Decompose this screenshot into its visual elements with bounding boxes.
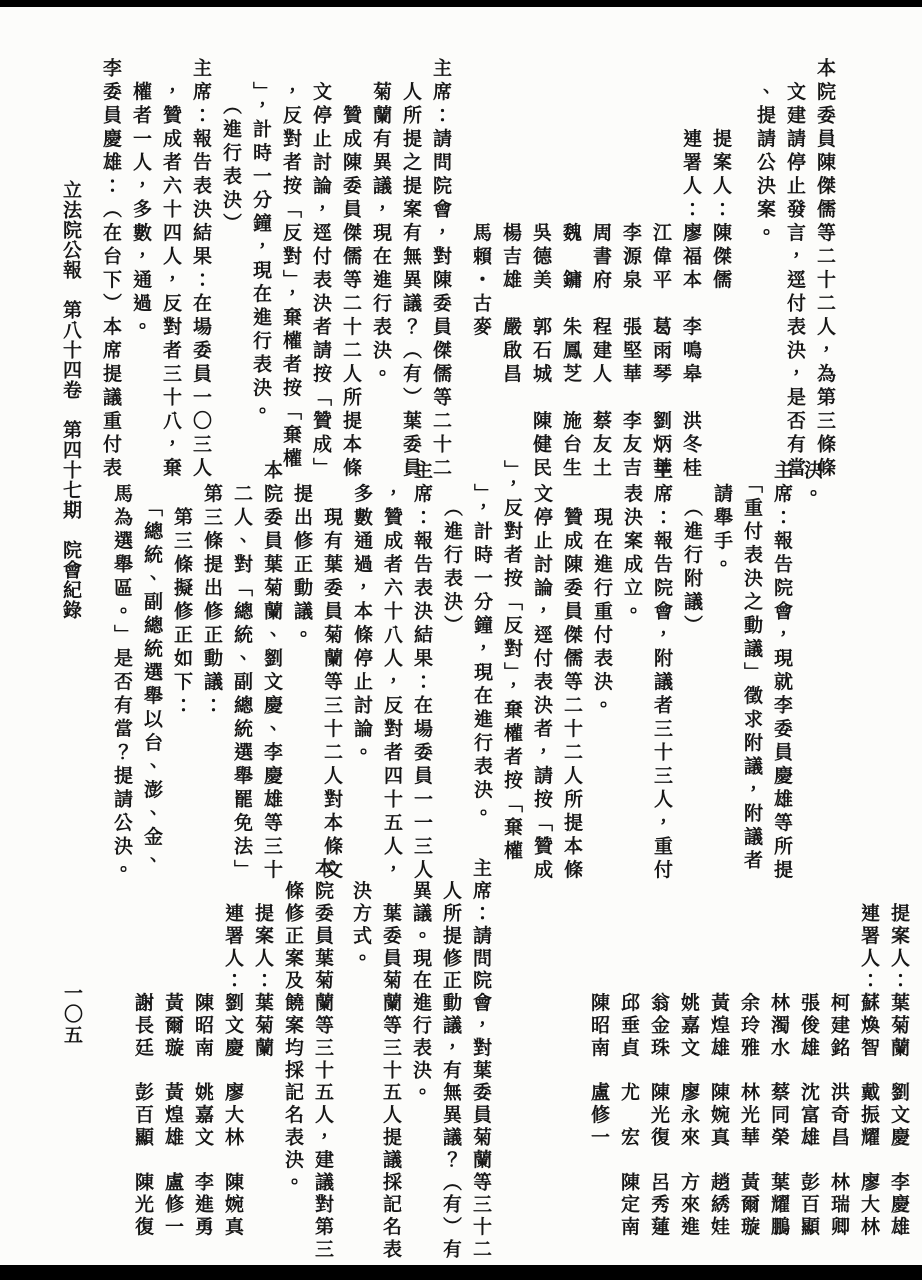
text-column: 翁金珠 陳光復 呂秀蓮	[644, 858, 674, 1266]
text-column: 「總統、副總統選舉以台、澎、金、	[137, 460, 167, 888]
text-column: 決。	[797, 460, 827, 888]
text-column: 」，計時一分鐘，現在進行表決。	[246, 58, 276, 486]
text-column: 本院委員陳傑儒等二十二人，為第三條條	[810, 58, 840, 486]
text-column: （進行附議）	[677, 460, 707, 888]
text-column: 第三條提出修正動議：	[197, 460, 227, 888]
text-column: 連署人：劉文慶 廖大林 陳婉真	[218, 858, 248, 1266]
text-column: 李委員慶雄：（在台下）本席提議重付表	[96, 58, 126, 486]
text-column: 現在進行重付表決。	[587, 460, 617, 888]
text-column: 魏 鏞 朱鳳芝 施台生	[556, 58, 586, 486]
text-column: 權者一人，多數，通過。	[126, 58, 156, 486]
text-column: 吳德美 郭石城 陳健民	[526, 58, 556, 486]
text-column: 柯建銘 洪奇昌 林瑞卿	[824, 858, 854, 1266]
text-column: ，贊成者六十八人，反對者四十五人，	[377, 460, 407, 888]
text-column: 主席：請問院會，對葉委員菊蘭等三十二	[466, 858, 496, 1266]
text-column: 連署人：廖福本 李鳴皋 洪冬桂	[676, 58, 706, 486]
text-column: 文建請停止發言，逕付表決，是否有當	[780, 58, 810, 486]
text-column: 江偉平 葛雨琴 劉炳華	[646, 58, 676, 486]
text-column: 文停止討論，逕付表決者，請按「贊成	[527, 460, 557, 888]
text-column: ，贊成者六十四人，反對者三十八，棄	[156, 58, 186, 486]
text-column: 姚嘉文 廖永來 方來進	[674, 858, 704, 1266]
text-band-lower: 提案人：葉菊蘭 劉文慶 李慶雄 連署人：蘇煥智 戴振耀 廖大林 柯建銘 洪奇昌 …	[95, 858, 914, 1266]
text-column: （進行表決）	[437, 460, 467, 888]
text-column: 「重付表決之動議」徵求附議，附議者	[737, 460, 767, 888]
text-column: 楊吉雄 嚴啟昌	[496, 58, 526, 486]
text-column: 主席：報告院會，附議者三十三人，重付	[647, 460, 677, 888]
masthead-journal-title: 立法院公報 第八十四卷 第四十七期 院會紀錄	[58, 180, 85, 650]
text-column: 提案人：葉菊蘭 劉文慶 李慶雄	[884, 858, 914, 1266]
text-column: （進行表決）	[216, 58, 246, 486]
text-column: 二人、對「總統、副總統選舉罷免法」	[227, 460, 257, 888]
text-column: 陳昭南 盧修一	[584, 858, 614, 1266]
text-column: 決方式。	[346, 858, 376, 1266]
text-column: 贊成陳委員傑儒等二十二人所提本條	[336, 58, 366, 486]
page-number: 一〇五	[59, 983, 86, 1073]
text-column: 主席：報告表決結果：在場委員一一三人	[407, 460, 437, 888]
text-column: 黃爾璇 黃煌雄 盧修一	[158, 858, 188, 1266]
text-column: 主席：報告院會，現就李委員慶雄等所提	[767, 460, 797, 888]
text-column: 主席：報告表決結果：在場委員一〇三人	[186, 58, 216, 486]
text-column: 提案人：葉菊蘭	[248, 858, 278, 1266]
gazette-page: 立法院公報 第八十四卷 第四十七期 院會紀錄 一〇五 本院委員陳傑儒等二十二人，…	[0, 0, 922, 1280]
text-column: 條修正案及饒案均採記名表決。	[278, 858, 308, 1266]
text-column: 本院委員葉菊蘭等三十五人，建議對第三	[308, 858, 338, 1266]
text-column: 陳昭南 姚嘉文 李進勇	[188, 858, 218, 1266]
text-column: 現有葉委員菊蘭等三十二人對本條文	[317, 460, 347, 888]
text-band-upper: 本院委員陳傑儒等二十二人，為第三條條 文建請停止發言，逕付表決，是否有當 、提請…	[95, 58, 840, 486]
text-column: 菊蘭有異議，現在進行表決。	[366, 58, 396, 486]
text-column: 黃煌雄 陳婉真 趙綉娃	[704, 858, 734, 1266]
text-column: ，反對者按「反對」，棄權者按「棄權	[276, 58, 306, 486]
text-column: 邱垂貞 尤 宏 陳定南	[614, 858, 644, 1266]
text-band-middle: 決。主席：報告院會，現就李委員慶雄等所提 「重付表決之動議」徵求附議，附議者 請…	[95, 460, 827, 888]
text-column: 」，計時一分鐘，現在進行表決。	[467, 460, 497, 888]
text-column: 周書府 程建人 蔡友土	[586, 58, 616, 486]
text-column: 本院委員葉菊蘭、劉文慶、李慶雄等三十	[257, 460, 287, 888]
text-column: 第三條擬修正如下：	[167, 460, 197, 888]
text-column: 謝長廷 彭百顯 陳光復	[128, 858, 158, 1266]
text-column: 贊成陳委員傑儒等二十二人所提本條	[557, 460, 587, 888]
text-column: 余玲雅 林光華 黃爾璇	[734, 858, 764, 1266]
text-column: 多數通過，本條停止討論。	[347, 460, 377, 888]
text-column: 主席：請問院會，對陳委員傑儒等二十二	[426, 58, 456, 486]
text-column: 提出修正動議。	[287, 460, 317, 888]
text-column: 異議。現在進行表決。	[406, 858, 436, 1266]
text-column: 馬賴・古麥	[466, 58, 496, 486]
text-column: 表決案成立。	[617, 460, 647, 888]
text-column: 提案人：陳傑儒	[706, 58, 736, 486]
text-column: 連署人：蘇煥智 戴振耀 廖大林	[854, 858, 884, 1266]
text-column: 張俊雄 沈富雄 彭百顯	[794, 858, 824, 1266]
text-column: 林濁水 蔡同榮 葉耀鵬	[764, 858, 794, 1266]
text-column: 馬為選舉區。」是否有當？提請公決。	[107, 460, 137, 888]
top-border-rule	[0, 0, 922, 7]
text-column: 葉委員菊蘭等三十五人提議採記名表	[376, 858, 406, 1266]
text-column: 人所提修正動議，有無異議？（有）有	[436, 858, 466, 1266]
bottom-border-rule	[0, 1265, 922, 1280]
text-column: 請舉手。	[707, 460, 737, 888]
text-column: 人所提之提案有無異議？（有）葉委員	[396, 58, 426, 486]
text-column: 、提請公決案。	[750, 58, 780, 486]
text-column: 李源泉 張堅華 李友吉	[616, 58, 646, 486]
text-column: 文停止討論，逕付表決者請按「贊成」	[306, 58, 336, 486]
text-column: 」，反對者按「反對」，棄權者按「棄權	[497, 460, 527, 888]
